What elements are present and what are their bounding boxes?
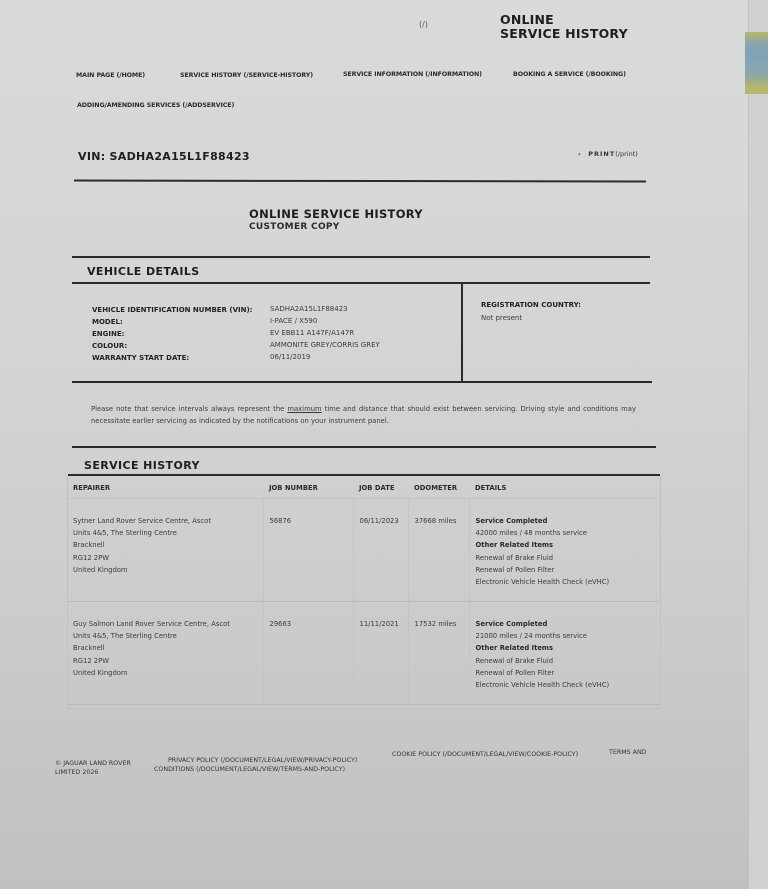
document-subtitle: CUSTOMER COPY bbox=[249, 222, 340, 232]
details-other-title: Other Related Items bbox=[476, 539, 654, 551]
copyright-line1: © JAGUAR LAND ROVER bbox=[55, 759, 131, 768]
table-row: Guy Salmon Land Rover Service Centre, As… bbox=[67, 602, 659, 705]
details-title: Service Completed bbox=[476, 618, 654, 630]
site-title-line1: ONLINE bbox=[500, 13, 628, 27]
vin-heading: VIN: SADHA2A15L1F88423 bbox=[78, 150, 250, 163]
engine-label: ENGINE: bbox=[92, 328, 252, 340]
job-date-cell: 06/11/2023 bbox=[353, 499, 408, 602]
odometer-cell: 17532 miles bbox=[408, 602, 469, 705]
vehicle-details-column-divider bbox=[461, 282, 463, 382]
repairer-town: Bracknell bbox=[73, 539, 257, 551]
job-number-cell: 56876 bbox=[263, 499, 353, 602]
model-label: MODEL: bbox=[92, 316, 252, 328]
cookie-policy-link[interactable]: COOKIE POLICY (/DOCUMENT/LEGAL/VIEW/COOK… bbox=[392, 750, 578, 759]
service-history-table: REPAIRER JOB NUMBER JOB DATE ODOMETER DE… bbox=[67, 476, 659, 705]
site-title: ONLINE SERVICE HISTORY bbox=[500, 13, 628, 41]
details-item: Electronic Vehicle Health Check (eVHC) bbox=[476, 679, 654, 691]
model-value: I-PACE / X590 bbox=[270, 315, 380, 327]
print-link[interactable]: › PRINT(/print) bbox=[578, 150, 638, 158]
repairer-postcode: RG12 2PW bbox=[73, 655, 257, 667]
service-history-heading: SERVICE HISTORY bbox=[84, 459, 200, 472]
repairer-cell: Guy Salmon Land Rover Service Centre, As… bbox=[67, 602, 263, 705]
details-service: 21000 miles / 24 months service bbox=[476, 630, 654, 642]
details-item: Renewal of Pollen Filter bbox=[476, 667, 654, 679]
col-details: DETAILS bbox=[469, 476, 659, 499]
details-cell: Service Completed 42000 miles / 48 month… bbox=[469, 499, 659, 602]
nav-service-history[interactable]: SERVICE HISTORY (/SERVICE-HISTORY) bbox=[180, 72, 313, 79]
vehicle-field-values: SADHA2A15L1F88423 I-PACE / X590 EV EBB11… bbox=[270, 303, 380, 363]
print-path: (/print) bbox=[615, 150, 638, 158]
nav-booking-service[interactable]: BOOKING A SERVICE (/BOOKING) bbox=[513, 71, 626, 78]
print-label: PRINT bbox=[588, 150, 615, 158]
vehicle-details-header-rule bbox=[72, 282, 650, 284]
repairer-address-line: Units 4&5, The Sterling Centre bbox=[73, 630, 257, 642]
repairer-country: United Kingdom bbox=[73, 564, 257, 576]
details-item: Renewal of Brake Fluid bbox=[476, 552, 654, 564]
repairer-postcode: RG12 2PW bbox=[73, 552, 257, 564]
service-history-top-rule bbox=[72, 446, 656, 448]
nav-service-information[interactable]: SERVICE INFORMATION (/INFORMATION) bbox=[343, 71, 482, 78]
details-title: Service Completed bbox=[476, 515, 654, 527]
vehicle-field-labels: VEHICLE IDENTIFICATION NUMBER (VIN): MOD… bbox=[92, 304, 252, 364]
vehicle-details-top-rule bbox=[72, 256, 650, 258]
col-repairer: REPAIRER bbox=[67, 476, 263, 499]
vin-label: VEHICLE IDENTIFICATION NUMBER (VIN): bbox=[92, 304, 252, 316]
table-row: Sytner Land Rover Service Centre, Ascot … bbox=[67, 499, 659, 602]
details-item: Renewal of Brake Fluid bbox=[476, 655, 654, 667]
col-job-date: JOB DATE bbox=[353, 476, 408, 499]
copyright: © JAGUAR LAND ROVER LIMITED 2026 bbox=[55, 759, 131, 777]
job-number-cell: 29663 bbox=[263, 602, 353, 705]
col-job-number: JOB NUMBER bbox=[263, 476, 353, 499]
copyright-line2: LIMITED 2026 bbox=[55, 768, 131, 777]
service-interval-notice: Please note that service intervals alway… bbox=[91, 403, 636, 427]
details-item: Renewal of Pollen Filter bbox=[476, 564, 654, 576]
details-item: Electronic Vehicle Health Check (eVHC) bbox=[476, 576, 654, 588]
repairer-name: Guy Salmon Land Rover Service Centre, As… bbox=[73, 618, 257, 630]
privacy-policy-link[interactable]: PRIVACY POLICY (/DOCUMENT/LEGAL/VIEW/PRI… bbox=[168, 756, 357, 765]
nav-adding-amending-services[interactable]: ADDING/AMENDING SERVICES (/ADDSERVICE) bbox=[77, 102, 234, 109]
colored-tab-strip bbox=[745, 32, 768, 94]
colour-value: AMMONITE GREY/CORRIS GREY bbox=[270, 339, 380, 351]
odometer-cell: 37668 miles bbox=[408, 499, 469, 602]
warranty-start-value: 06/11/2019 bbox=[270, 351, 380, 363]
document-title: ONLINE SERVICE HISTORY bbox=[249, 207, 423, 221]
repairer-country: United Kingdom bbox=[73, 667, 257, 679]
job-date-cell: 11/11/2021 bbox=[353, 602, 408, 705]
vehicle-details-bottom-rule bbox=[72, 381, 652, 383]
registration-country-label: REGISTRATION COUNTRY: bbox=[481, 301, 581, 309]
site-title-line2: SERVICE HISTORY bbox=[500, 27, 628, 41]
repairer-cell: Sytner Land Rover Service Centre, Ascot … bbox=[67, 499, 263, 602]
repairer-town: Bracknell bbox=[73, 642, 257, 654]
divider bbox=[74, 180, 646, 183]
colour-label: COLOUR: bbox=[92, 340, 252, 352]
details-other-title: Other Related Items bbox=[476, 642, 654, 654]
col-odometer: ODOMETER bbox=[408, 476, 469, 499]
chevron-right-icon: › bbox=[578, 150, 588, 158]
nav-main-page[interactable]: MAIN PAGE (/HOME) bbox=[76, 72, 145, 79]
adjacent-page-edge bbox=[748, 0, 768, 889]
registration-country-value: Not present bbox=[481, 314, 522, 322]
warranty-start-label: WARRANTY START DATE: bbox=[92, 352, 252, 364]
terms-link-line1[interactable]: TERMS AND bbox=[609, 748, 647, 757]
vehicle-details-heading: VEHICLE DETAILS bbox=[87, 265, 200, 278]
details-cell: Service Completed 21000 miles / 24 month… bbox=[469, 602, 659, 705]
details-service: 42000 miles / 48 months service bbox=[476, 527, 654, 539]
vin-value: SADHA2A15L1F88423 bbox=[270, 303, 380, 315]
notice-text-before: Please note that service intervals alway… bbox=[91, 405, 287, 413]
terms-link-line2[interactable]: CONDITIONS (/DOCUMENT/LEGAL/VIEW/TERMS-A… bbox=[154, 765, 345, 774]
repairer-name: Sytner Land Rover Service Centre, Ascot bbox=[73, 515, 257, 527]
notice-emphasis: maximum bbox=[287, 405, 321, 413]
engine-value: EV EBB11 A147F/A147R bbox=[270, 327, 380, 339]
home-path-link[interactable]: (/) bbox=[419, 20, 428, 29]
table-header-row: REPAIRER JOB NUMBER JOB DATE ODOMETER DE… bbox=[67, 476, 659, 499]
repairer-address-line: Units 4&5, The Sterling Centre bbox=[73, 527, 257, 539]
